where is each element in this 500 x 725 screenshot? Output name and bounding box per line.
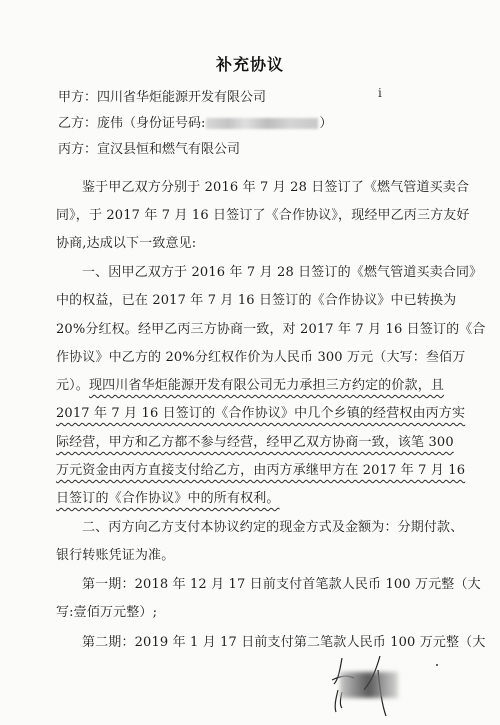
- document-title: 补充协议: [0, 52, 500, 75]
- body-line: 写:壹佰万元整）;: [56, 601, 428, 620]
- party-a-label: 甲方：: [58, 90, 97, 105]
- underlined-text: 现四川省华炬能源开发有限公司无力承担三方约定的价款，且: [89, 378, 444, 393]
- body-line: 20%分红权。经甲乙丙三方协商一致，对 2017 年 7 月 16 日签订的《合: [56, 318, 428, 337]
- body-line: 元）。现四川省华炬能源开发有限公司无力承担三方约定的价款，且: [56, 374, 428, 393]
- installment-1-line: 第一期：2018 年 12 月 17 日前支付首笔款人民币 100 万元整（大: [82, 573, 428, 592]
- party-c-value: 宣汉县恒和燃气有限公司: [97, 142, 240, 157]
- party-c-label: 丙方：: [58, 142, 97, 157]
- party-b-label: 乙方：: [58, 116, 97, 131]
- party-b-suffix: ）: [319, 116, 332, 131]
- party-b-value: 庞伟（身份证号码:: [97, 116, 205, 131]
- body-line: 同》，于 2017 年 7 月 16 日签订了《合作协议》，现经甲乙丙三方友好: [56, 204, 428, 223]
- speck: [436, 664, 438, 666]
- body-line: 协商,达成以下一致意见:: [56, 232, 428, 251]
- clause-2-line: 二、丙方向乙方支付本协议约定的现金方式及金额为：分期付款、: [82, 516, 428, 535]
- redacted-signature: [340, 672, 398, 698]
- party-a: 甲方：四川省华炬能源开发有限公司: [58, 86, 266, 105]
- party-b: 乙方：庞伟（身份证号码:）: [58, 112, 332, 131]
- body-line: 鉴于甲乙双方分别于 2016 年 7 月 28 日签订了《燃气管道买卖合: [82, 176, 428, 195]
- body-text: 元）。: [56, 378, 89, 393]
- body-line: 中的权益，已在 2017 年 7 月 16 日签订的《合作协议》中已转换为: [56, 289, 428, 308]
- underlined-line: 日签订的《合作协议》中的所有权利。: [56, 487, 428, 506]
- underlined-line: 万元资金由丙方直接支付给乙方，由丙方承继甲方在 2017 年 7 月 16: [56, 459, 428, 478]
- signature: [328, 650, 408, 720]
- underlined-line: 2017 年 7 月 16 日签订的《合作协议》中几个乡镇的经营权由丙方实: [56, 402, 428, 421]
- document-page: 补充协议 甲方：四川省华炬能源开发有限公司 i 乙方：庞伟（身份证号码:） 丙方…: [0, 0, 500, 725]
- body-line: 作协议》中乙方的 20%分红权作价为人民币 300 万元（大写：叁佰万: [56, 346, 428, 365]
- party-a-value: 四川省华炬能源开发有限公司: [97, 90, 266, 105]
- clause-1-line: 一、因甲乙双方于 2016 年 7 月 28 日签订的《燃气管道买卖合同》: [82, 261, 428, 280]
- installment-2-line: 第二期：2019 年 1 月 17 日前支付第二笔款人民币 100 万元整（大: [82, 631, 428, 650]
- body-line: 银行转账凭证为准。: [56, 544, 428, 563]
- party-c: 丙方：宣汉县恒和燃气有限公司: [58, 138, 240, 157]
- margin-mark: i: [378, 86, 382, 100]
- underlined-line: 际经营，甲方和乙方都不参与经营，经甲乙双方协商一致，该笔 300: [56, 431, 428, 450]
- redacted-id-number: [206, 118, 318, 129]
